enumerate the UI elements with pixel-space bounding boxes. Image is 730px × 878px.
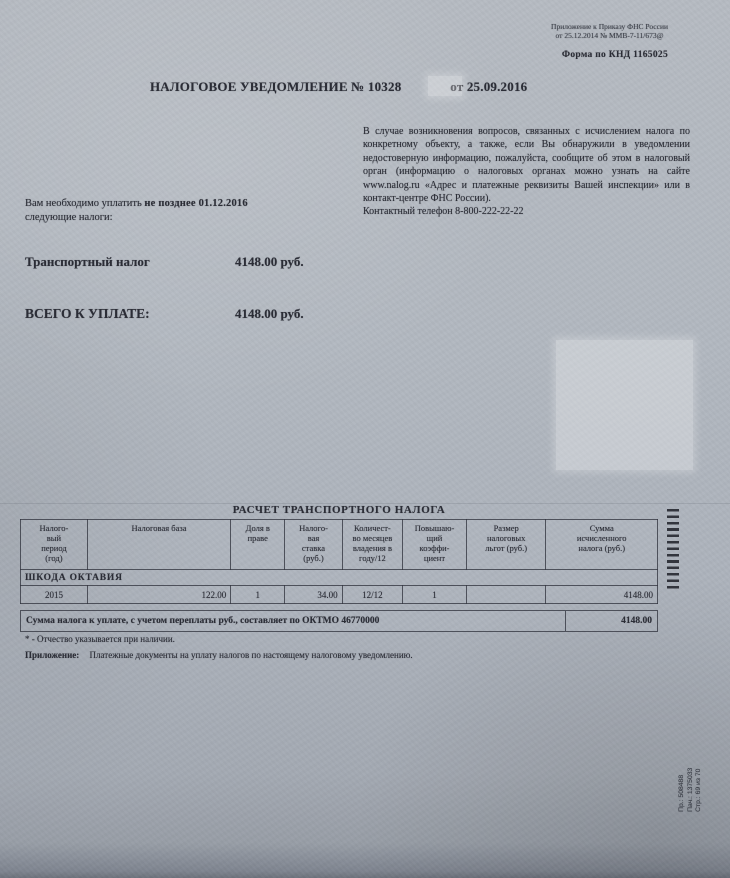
contact-phone: Контактный телефон 8-800-222-22-22 — [363, 205, 690, 218]
title-main: НАЛОГОВОЕ УВЕДОМЛЕНИЕ № — [150, 79, 364, 94]
due-suffix: следующие налоги: — [25, 211, 335, 225]
total-due-label: ВСЕГО К УПЛАТЕ: — [25, 306, 150, 322]
form-code: Форма по КНД 1165025 — [562, 50, 668, 60]
table-title: РАСЧЕТ ТРАНСПОРТНОГО НАЛОГА — [20, 504, 658, 516]
cell-rate: 34.00 — [285, 586, 342, 604]
total-due-amount: 4148.00 руб. — [235, 306, 304, 322]
table-row: 2015 122.00 1 34.00 12/12 1 4148.00 — [21, 586, 658, 604]
tax-row-amount: 4148.00 руб. — [235, 254, 304, 270]
table-header-row: Налого- вый период (год) Налоговая база … — [21, 520, 658, 570]
print-info-line3: Стр.: 69 из 70 — [695, 726, 704, 812]
tax-row-label: Транспортный налог — [25, 254, 150, 270]
legal-reference-line1: Приложение к Приказу ФНС России — [551, 22, 668, 31]
tax-calculation-table: Налого- вый период (год) Налоговая база … — [20, 519, 658, 604]
due-prefix: Вам необходимо уплатить — [25, 198, 144, 209]
tax-notice-document: Приложение к Приказу ФНС России от 25.12… — [0, 0, 730, 878]
cell-months: 12/12 — [342, 586, 403, 604]
total-row: Сумма налога к уплате, с учетом переплат… — [20, 610, 658, 632]
col-header-rate: Налого- вая ставка (руб.) — [285, 520, 342, 570]
legal-reference: Приложение к Приказу ФНС России от 25.12… — [551, 22, 668, 40]
cell-share: 1 — [231, 586, 285, 604]
asterisk-footnote: * - Отчество указывается при наличии. — [25, 634, 175, 644]
contact-paragraph: В случае возникновения вопросов, связанн… — [363, 125, 690, 205]
redaction-box — [556, 340, 693, 470]
cell-sum: 4148.00 — [546, 586, 658, 604]
attachment-text: Платежные документы на уплату налогов по… — [90, 650, 413, 660]
due-notice: Вам необходимо уплатить не позднее 01.12… — [25, 197, 335, 224]
vehicle-row: ШКОДА ОКТАВИЯ — [21, 570, 658, 586]
col-header-months: Количест- во месяцев владения в году/12 — [342, 520, 403, 570]
print-info-line1: Пр.: 508488 — [678, 726, 687, 812]
total-row-label: Сумма налога к уплате, с учетом переплат… — [21, 611, 566, 631]
page-title: НАЛОГОВОЕ УВЕДОМЛЕНИЕ № 10328 от 25.09.2… — [150, 79, 527, 95]
print-info: Пр.: 508488 Пач.: 1375033 Стр.: 69 из 70 — [678, 726, 704, 812]
total-row-value: 4148.00 — [566, 611, 657, 631]
col-header-base: Налоговая база — [87, 520, 230, 570]
print-info-line2: Пач.: 1375033 — [687, 726, 696, 812]
attachment-footnote: Приложение: Платежные документы на уплат… — [25, 650, 645, 660]
cell-benefits — [466, 586, 546, 604]
col-header-period: Налого- вый период (год) — [21, 520, 88, 570]
legal-reference-line2: от 25.12.2014 № ММВ-7-11/673@ — [551, 31, 668, 40]
cell-period: 2015 — [21, 586, 88, 604]
vehicle-name: ШКОДА ОКТАВИЯ — [21, 570, 658, 586]
col-header-sum: Сумма исчисленного налога (руб.) — [546, 520, 658, 570]
attachment-label: Приложение: — [25, 650, 79, 660]
notice-number: 10328 — [368, 79, 402, 94]
col-header-coefficient: Повышаю- щий коэффи- циент — [403, 520, 467, 570]
cell-coefficient: 1 — [403, 586, 467, 604]
contact-info: В случае возникновения вопросов, связанн… — [363, 125, 690, 219]
due-deadline: не позднее 01.12.2016 — [144, 198, 247, 209]
cell-base: 122.00 — [87, 586, 230, 604]
col-header-benefits: Размер налоговых льгот (руб.) — [466, 520, 546, 570]
redaction-box — [428, 76, 462, 96]
col-header-share: Доля в праве — [231, 520, 285, 570]
barcode — [667, 509, 679, 592]
